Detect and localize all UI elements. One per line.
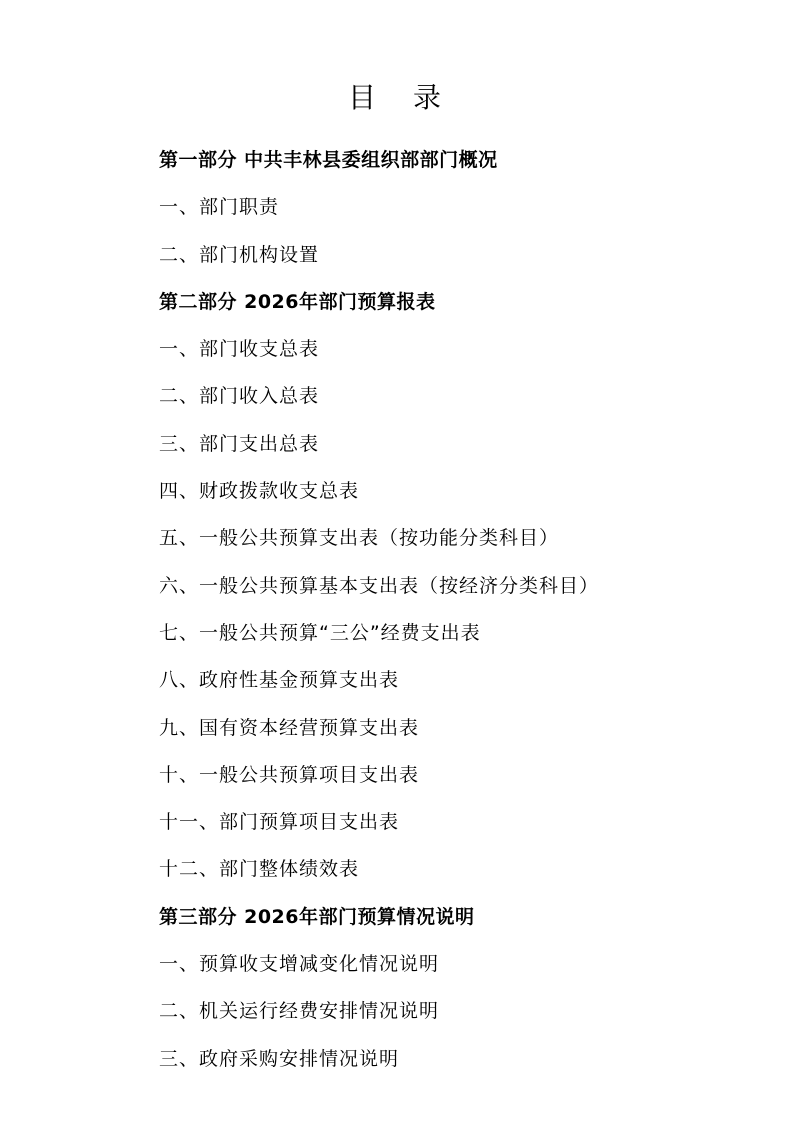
toc-item[interactable]: 一、部门收支总表: [159, 329, 599, 376]
toc-item[interactable]: 十、一般公共预算项目支出表: [159, 755, 599, 802]
toc-title: 目 录: [0, 78, 793, 118]
toc-item[interactable]: 三、政府采购安排情况说明: [159, 1039, 599, 1086]
toc-part-1[interactable]: 第一部分 中共丰林县委组织部部门概况: [159, 140, 599, 187]
toc-item[interactable]: 四、财政拨款收支总表: [159, 471, 599, 518]
toc-item[interactable]: 一、部门职责: [159, 187, 599, 234]
toc-part-2[interactable]: 第二部分 2026年部门预算报表: [159, 282, 599, 329]
toc-part-3[interactable]: 第三部分 2026年部门预算情况说明: [159, 897, 599, 944]
toc-item[interactable]: 九、国有资本经营预算支出表: [159, 708, 599, 755]
toc-item[interactable]: 八、政府性基金预算支出表: [159, 660, 599, 707]
toc-item[interactable]: 五、一般公共预算支出表（按功能分类科目）: [159, 518, 599, 565]
toc-item[interactable]: 二、机关运行经费安排情况说明: [159, 991, 599, 1038]
toc-item[interactable]: 三、部门支出总表: [159, 424, 599, 471]
document-page: 目 录 第一部分 中共丰林县委组织部部门概况 一、部门职责 二、部门机构设置 第…: [0, 0, 793, 1122]
toc-item[interactable]: 二、部门机构设置: [159, 235, 599, 282]
toc-item[interactable]: 十二、部门整体绩效表: [159, 849, 599, 896]
toc-item[interactable]: 二、部门收入总表: [159, 376, 599, 423]
table-of-contents: 第一部分 中共丰林县委组织部部门概况 一、部门职责 二、部门机构设置 第二部分 …: [159, 140, 599, 1086]
toc-item[interactable]: 六、一般公共预算基本支出表（按经济分类科目）: [159, 566, 599, 613]
toc-item[interactable]: 一、预算收支增减变化情况说明: [159, 944, 599, 991]
toc-item[interactable]: 十一、部门预算项目支出表: [159, 802, 599, 849]
toc-item[interactable]: 七、一般公共预算“三公”经费支出表: [159, 613, 599, 660]
